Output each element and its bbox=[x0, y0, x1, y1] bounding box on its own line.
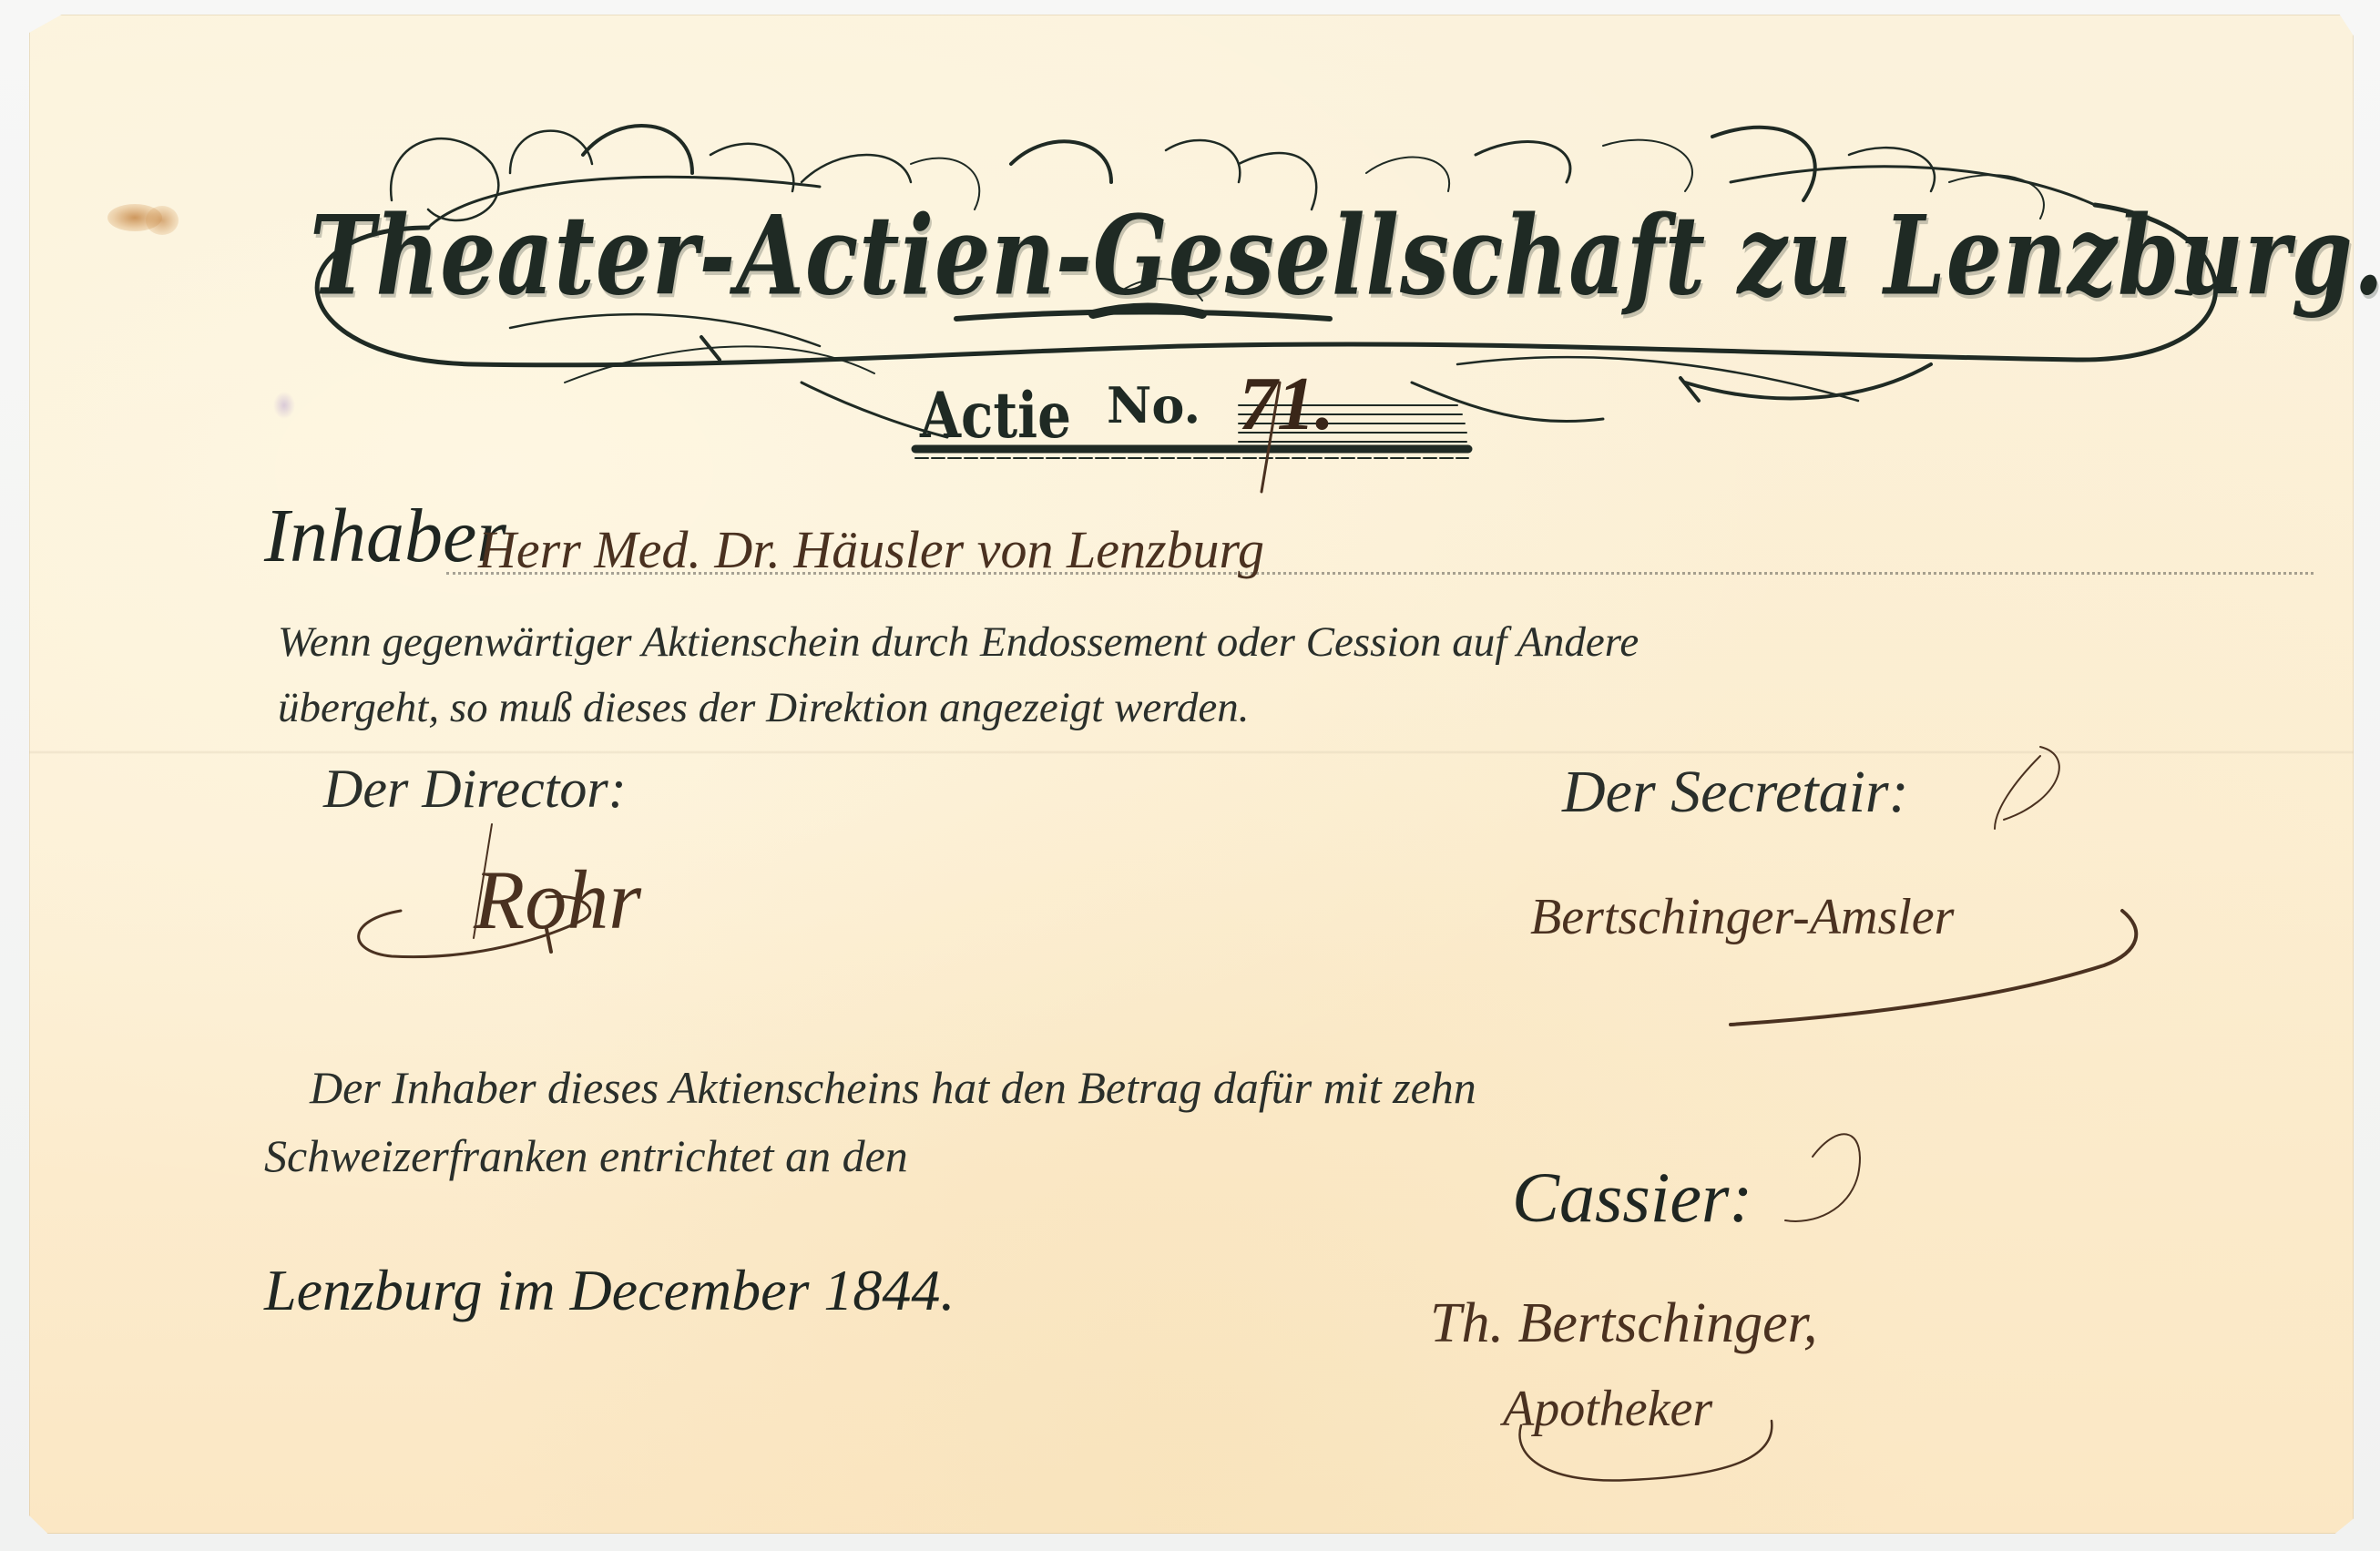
payment-clause-line-2: Schweizerfranken entrichtet an den bbox=[264, 1129, 908, 1182]
place-and-date: Lenzburg im December 1844. bbox=[264, 1257, 955, 1324]
ink-mark bbox=[273, 392, 295, 419]
cashier-label: Cassier: bbox=[1512, 1157, 1752, 1239]
transfer-clause-line-2: übergeht, so muß dieses der Direktion an… bbox=[278, 683, 1249, 732]
holder-name: Herr Med. Dr. Häusler von Lenzburg bbox=[478, 519, 1264, 580]
payment-clause-line-1: Der Inhaber dieses Aktienscheins hat den… bbox=[310, 1061, 1476, 1114]
transfer-clause-line-1: Wenn gegenwärtiger Aktienschein durch En… bbox=[278, 617, 1639, 667]
director-label: Der Director: bbox=[323, 758, 627, 821]
share-number: 71. bbox=[1239, 360, 1334, 448]
cashier-title: Apotheker bbox=[1503, 1380, 1712, 1438]
director-signature: Rohr bbox=[474, 852, 641, 948]
paper-fold bbox=[29, 750, 2354, 754]
share-number-abbrev: No. bbox=[1107, 376, 1200, 434]
scan-background: Theater-Actien-Gesellschaft zu Lenzburg.… bbox=[0, 0, 2380, 1551]
secretary-label: Der Secretair: bbox=[1562, 758, 1909, 827]
holder-label: Inhaber bbox=[264, 492, 506, 580]
certificate-title: Theater-Actien-Gesellschaft zu Lenzburg. bbox=[310, 191, 1977, 320]
share-label: Actie bbox=[920, 378, 1071, 453]
cashier-signature: Th. Bertschinger, bbox=[1430, 1291, 1817, 1356]
rust-stain bbox=[146, 206, 179, 235]
secretary-signature: Bertschinger-Amsler bbox=[1530, 888, 1954, 946]
